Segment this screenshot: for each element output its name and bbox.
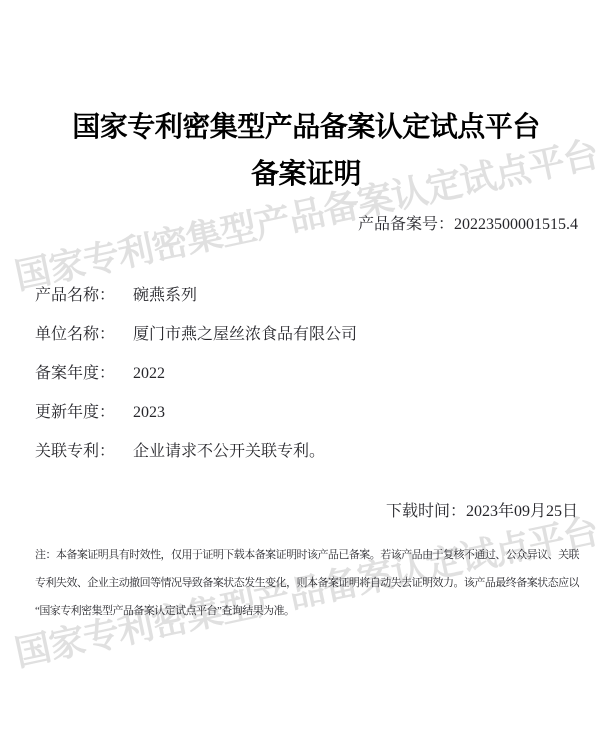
field-value: 碗燕系列 xyxy=(133,287,197,304)
title-line-1: 国家专利密集型产品备案认定试点平台 xyxy=(0,104,612,151)
filing-number-value: 20223500001515.4 xyxy=(454,216,578,233)
field-label: 更新年度： xyxy=(35,404,133,421)
filing-number-label: 产品备案号： xyxy=(358,216,454,233)
field-row-filing-year: 备案年度：2022 xyxy=(35,365,357,382)
fields-list: 产品名称：碗燕系列 单位名称：厦门市燕之屋丝浓食品有限公司 备案年度：2022 … xyxy=(35,287,357,482)
title-line-2: 备案证明 xyxy=(0,151,612,198)
field-value: 2022 xyxy=(133,365,165,382)
note-line-1: 注：本备案证明具有时效性，仅用于证明下载本备案证明时该产品已备案。若该产品由于复… xyxy=(35,541,579,569)
note-line-2: 专利失效、企业主动撤回等情况导致备案状态发生变化，则本备案证明将自动失去证明效力… xyxy=(35,569,579,597)
field-value: 企业请求不公开关联专利。 xyxy=(133,443,325,460)
certificate-page: 国家专利密集型产品备案认定试点平台 国家专利密集型产品备案认定试点平台 国家专利… xyxy=(0,0,612,749)
note-paragraph: 注：本备案证明具有时效性，仅用于证明下载本备案证明时该产品已备案。若该产品由于复… xyxy=(35,541,579,625)
field-label: 关联专利： xyxy=(35,443,133,460)
download-time-row: 下载时间：2023年09月25日 xyxy=(386,503,578,521)
field-label: 产品名称： xyxy=(35,287,133,304)
download-time-value: 2023年09月25日 xyxy=(466,503,578,520)
filing-number-row: 产品备案号：20223500001515.4 xyxy=(358,216,578,234)
page-title: 国家专利密集型产品备案认定试点平台 备案证明 xyxy=(0,104,612,198)
field-label: 单位名称： xyxy=(35,326,133,343)
field-row-update-year: 更新年度：2023 xyxy=(35,404,357,421)
field-row-product-name: 产品名称：碗燕系列 xyxy=(35,287,357,304)
download-time-label: 下载时间： xyxy=(386,503,466,520)
field-row-company-name: 单位名称：厦门市燕之屋丝浓食品有限公司 xyxy=(35,326,357,343)
field-value: 厦门市燕之屋丝浓食品有限公司 xyxy=(133,326,357,343)
field-row-related-patents: 关联专利：企业请求不公开关联专利。 xyxy=(35,443,357,460)
field-label: 备案年度： xyxy=(35,365,133,382)
field-value: 2023 xyxy=(133,404,165,421)
note-line-3: “国家专利密集型产品备案认定试点平台”查询结果为准。 xyxy=(35,597,579,625)
